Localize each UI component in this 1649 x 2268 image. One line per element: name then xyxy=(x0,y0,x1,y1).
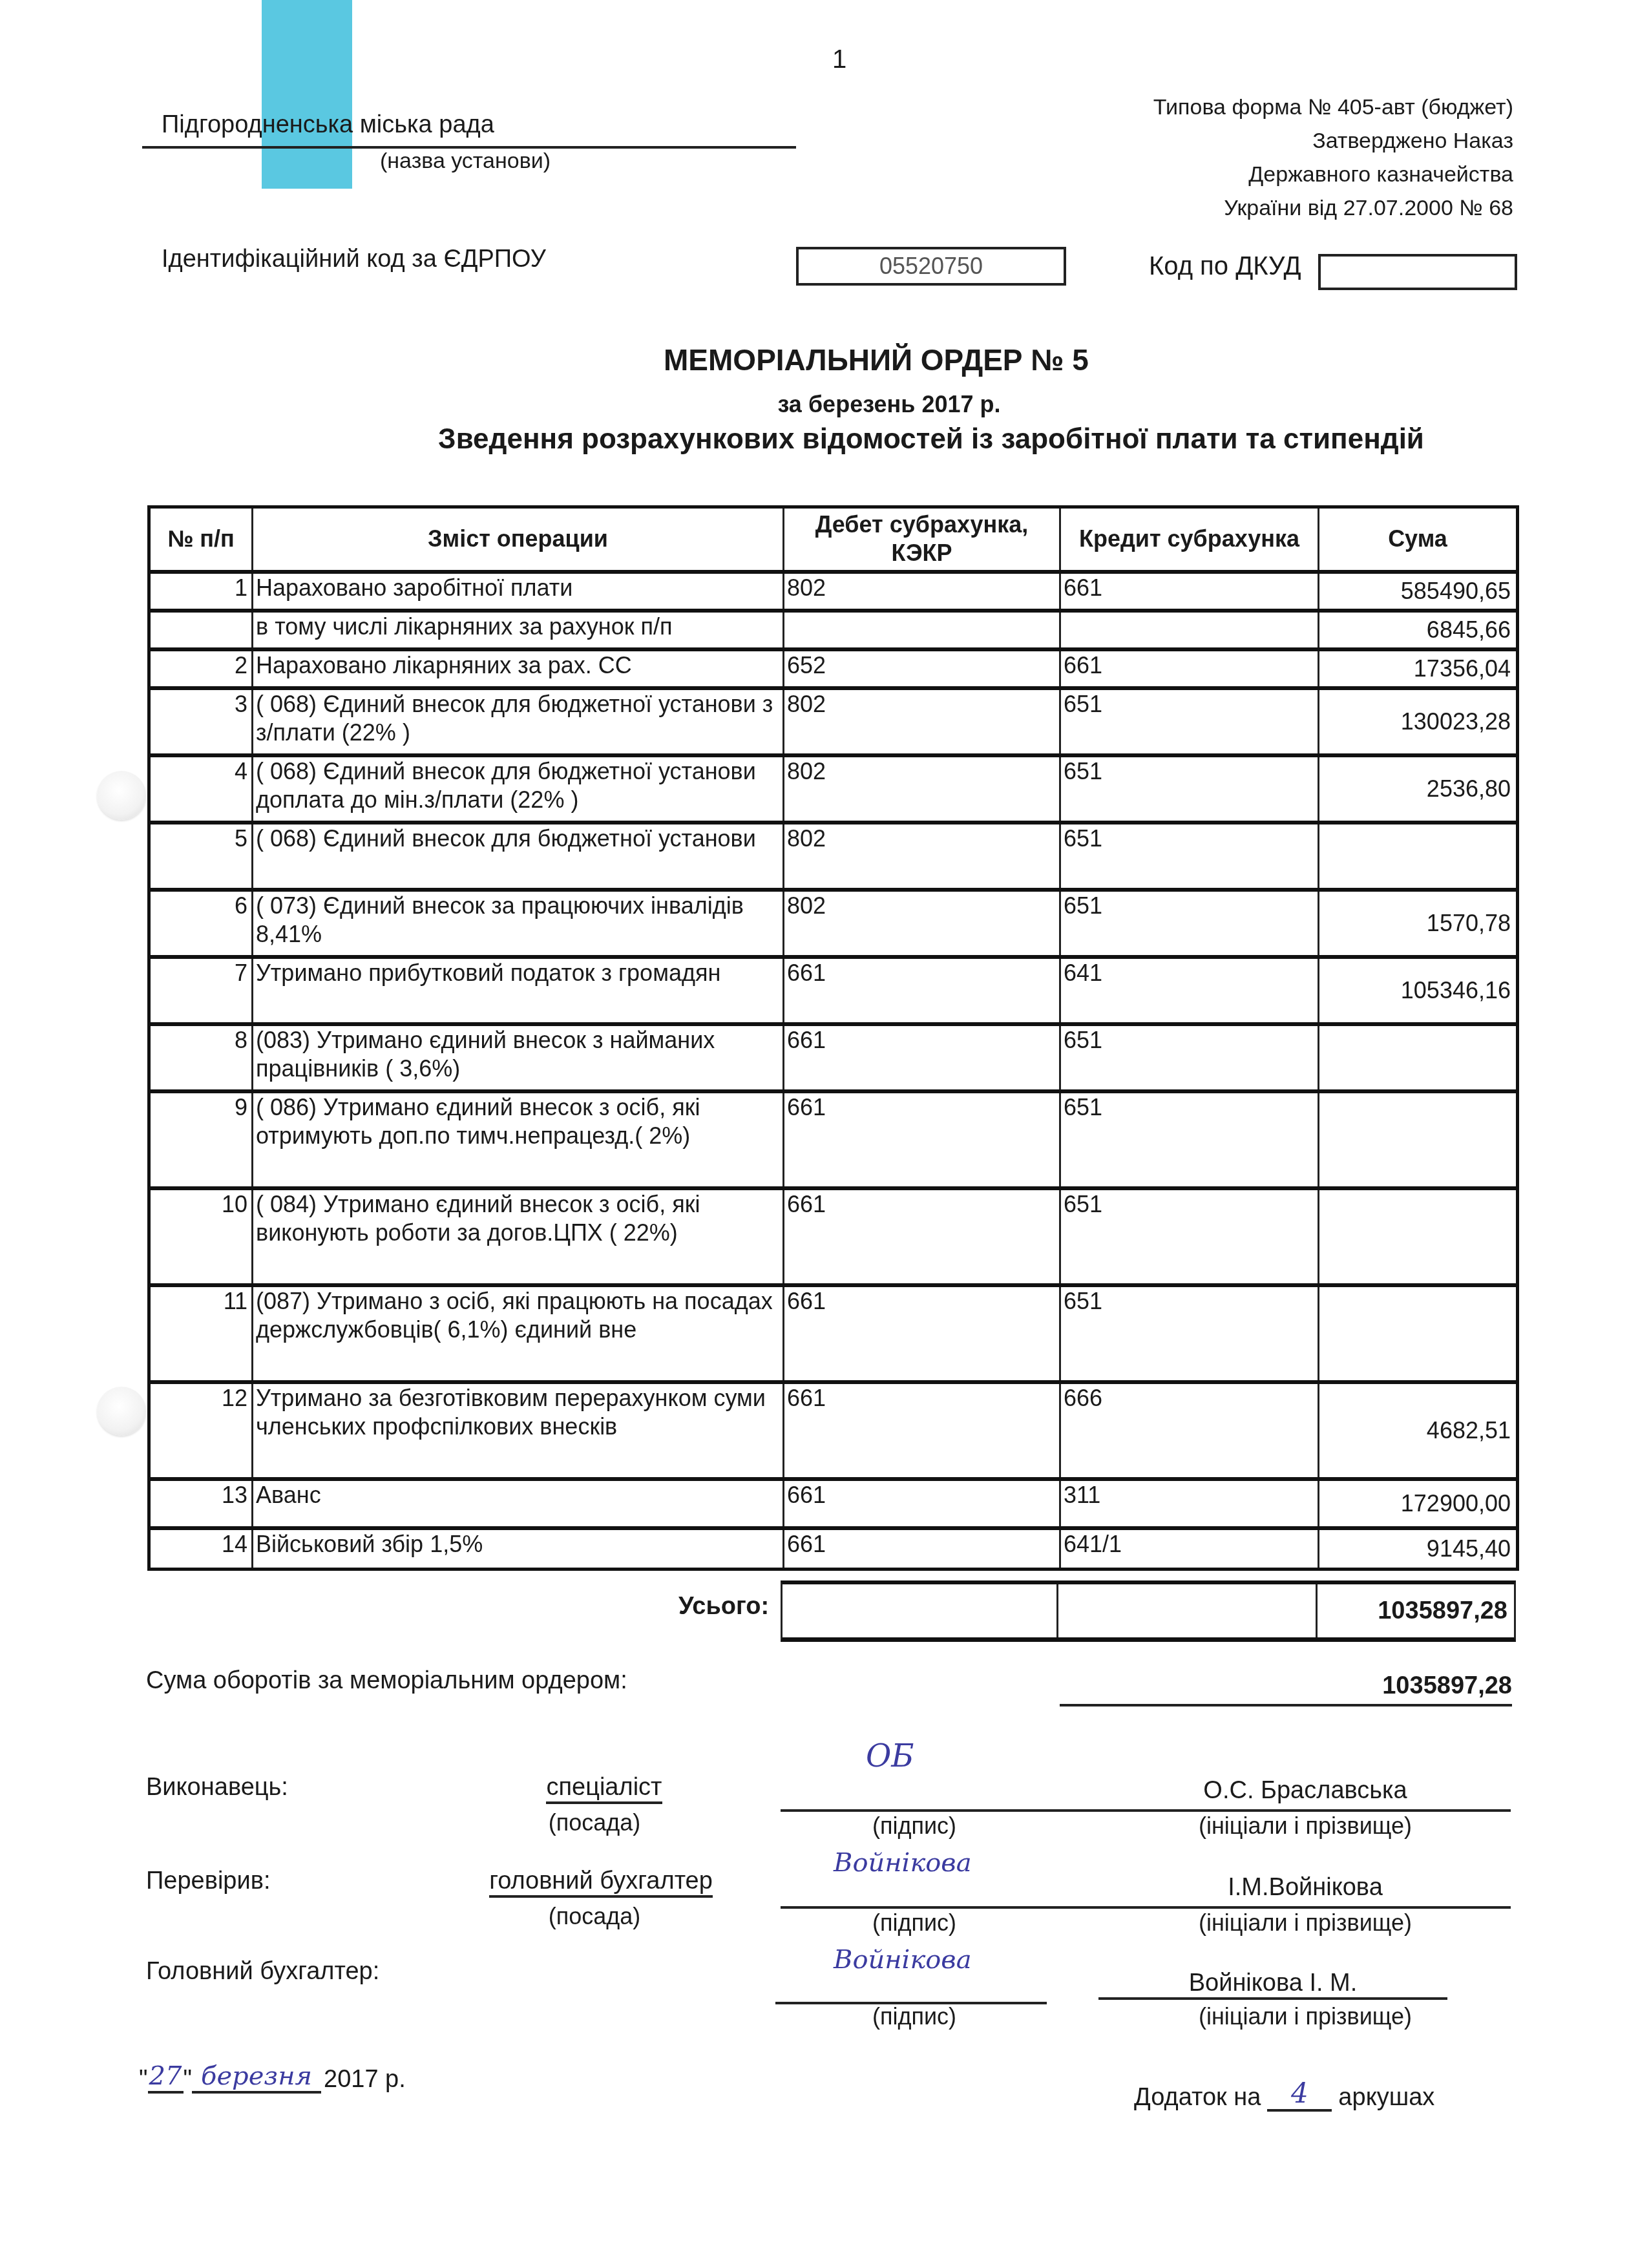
row-content: Аванс xyxy=(253,1479,784,1528)
turnover-value: 1035897,28 xyxy=(1060,1672,1512,1706)
row-debit: 661 xyxy=(784,1382,1060,1479)
row-sum: 1570,78 xyxy=(1319,890,1518,957)
checker-position-caption: (посада) xyxy=(530,1903,659,1930)
executor-signature-line xyxy=(781,1809,1511,1812)
punch-hole xyxy=(97,771,146,820)
row-number: 1 xyxy=(149,572,253,611)
row-number: 8 xyxy=(149,1024,253,1091)
document-period: за березень 2017 р. xyxy=(0,391,1649,418)
row-credit: 651 xyxy=(1060,1024,1319,1091)
row-credit: 641/1 xyxy=(1060,1528,1319,1570)
date-month: березня xyxy=(192,2061,321,2094)
table-row: 7Утримано прибутковий податок з громадян… xyxy=(149,957,1518,1024)
row-credit: 641 xyxy=(1060,957,1319,1024)
executor-label: Виконавець: xyxy=(146,1774,288,1801)
row-debit: 802 xyxy=(784,890,1060,957)
checker-signature-caption: (підпис) xyxy=(859,1909,969,1937)
row-credit: 651 xyxy=(1060,890,1319,957)
row-debit xyxy=(784,611,1060,649)
table-row: 5( 068) Єдиний внесок для бюджетної уста… xyxy=(149,823,1518,890)
row-number: 11 xyxy=(149,1285,253,1382)
row-number: 10 xyxy=(149,1188,253,1285)
row-debit: 661 xyxy=(784,1528,1060,1570)
attachment-prefix: Додаток на xyxy=(1134,2084,1261,2112)
row-sum: 130023,28 xyxy=(1319,688,1518,755)
row-debit: 661 xyxy=(784,1479,1060,1528)
row-debit: 802 xyxy=(784,572,1060,611)
row-sum xyxy=(1319,1188,1518,1285)
row-content: Військовий збір 1,5% xyxy=(253,1528,784,1570)
organization-name: Підгородненська міська рада xyxy=(162,111,494,139)
turnover-label: Сума оборотів за меморіальним ордером: xyxy=(146,1667,627,1695)
attachment-count: 4 xyxy=(1267,2077,1332,2112)
row-credit xyxy=(1060,611,1319,649)
document-subtitle: Зведення розрахункових відомостей із зар… xyxy=(0,423,1649,456)
organization-caption: (назва установи) xyxy=(380,149,551,174)
row-credit: 661 xyxy=(1060,572,1319,611)
row-sum xyxy=(1319,1285,1518,1382)
table-row: 10( 084) Утримано єдиний внесок з осіб, … xyxy=(149,1188,1518,1285)
chief-signature-caption: (підпис) xyxy=(859,2003,969,2030)
checker-name: І.М.Войнікова xyxy=(1124,1874,1486,1902)
row-content: в тому числі лікарняних за рахунок п/п xyxy=(253,611,784,649)
blue-tape-strip xyxy=(262,0,352,189)
document-title: МЕМОРІАЛЬНИЙ ОРДЕР № 5 xyxy=(0,342,1649,377)
row-sum: 4682,51 xyxy=(1319,1382,1518,1479)
row-credit: 666 xyxy=(1060,1382,1319,1479)
header-credit: Кредит субрахунка xyxy=(1060,507,1319,572)
row-content: (087) Утримано з осіб, які працюють на п… xyxy=(253,1285,784,1382)
edrpou-label: Ідентифікаційний код за ЄДРПОУ xyxy=(162,246,546,273)
form-info-line: Затверджено Наказ xyxy=(1153,124,1513,158)
row-content: ( 084) Утримано єдиний внесок з осіб, як… xyxy=(253,1188,784,1285)
header-sum: Сума xyxy=(1319,507,1518,572)
row-sum: 585490,65 xyxy=(1319,572,1518,611)
row-credit: 651 xyxy=(1060,755,1319,823)
chief-accountant-label: Головний бухгалтер: xyxy=(146,1958,379,1986)
row-content: ( 068) Єдиний внесок для бюджетної устан… xyxy=(253,823,784,890)
row-sum: 105346,16 xyxy=(1319,957,1518,1024)
row-content: ( 068) Єдиний внесок для бюджетної устан… xyxy=(253,688,784,755)
executor-position: спеціаліст xyxy=(530,1774,678,1804)
chief-accountant-name: Войнікова І. М. xyxy=(1098,1969,1447,2000)
row-number: 6 xyxy=(149,890,253,957)
row-content: Нараховано лікарняних за рах. СС xyxy=(253,649,784,688)
total-row: 1035897,28 xyxy=(781,1580,1516,1642)
row-number: 3 xyxy=(149,688,253,755)
row-content: Утримано прибутковий податок з громадян xyxy=(253,957,784,1024)
total-debit-cell xyxy=(782,1584,1058,1637)
table-row: 8(083) Утримано єдиний внесок з найманих… xyxy=(149,1024,1518,1091)
total-value: 1035897,28 xyxy=(1318,1584,1514,1637)
attachment-note: Додаток на 4 аркушах xyxy=(1134,2077,1434,2112)
row-content: Нараховано заробітної плати xyxy=(253,572,784,611)
row-number: 13 xyxy=(149,1479,253,1528)
row-sum xyxy=(1319,1024,1518,1091)
row-number xyxy=(149,611,253,649)
header-content: Зміст операции xyxy=(253,507,784,572)
table-row: 6( 073) Єдиний внесок за працюючих інвал… xyxy=(149,890,1518,957)
table-row: 13Аванс661311172900,00 xyxy=(149,1479,1518,1528)
executor-signature-caption: (підпис) xyxy=(859,1812,969,1840)
date-day: 27 xyxy=(148,2061,184,2094)
row-credit: 651 xyxy=(1060,823,1319,890)
operations-table: № п/п Зміст операции Дебет субрахунка, К… xyxy=(147,505,1519,1571)
page-number: 1 xyxy=(832,45,846,74)
row-content: ( 068) Єдиний внесок для бюджетної устан… xyxy=(253,755,784,823)
row-sum: 2536,80 xyxy=(1319,755,1518,823)
row-content: (083) Утримано єдиний внесок з найманих … xyxy=(253,1024,784,1091)
row-credit: 651 xyxy=(1060,1285,1319,1382)
form-info-line: Державного казначейства xyxy=(1153,158,1513,191)
punch-hole xyxy=(97,1387,146,1436)
header-num: № п/п xyxy=(149,507,253,572)
table-row: 2Нараховано лікарняних за рах. СС6526611… xyxy=(149,649,1518,688)
checker-signature-line xyxy=(781,1906,1511,1909)
table-row: 9( 086) Утримано єдиний внесок з осіб, я… xyxy=(149,1091,1518,1188)
chief-accountant-signature: Войнікова xyxy=(834,1945,971,1975)
row-debit: 661 xyxy=(784,1188,1060,1285)
dkud-label: Код по ДКУД xyxy=(1149,252,1301,281)
table-row: 12Утримано за безготівковим перерахунком… xyxy=(149,1382,1518,1479)
date-close-quote: " xyxy=(184,2066,193,2094)
table-row: 3( 068) Єдиний внесок для бюджетної уста… xyxy=(149,688,1518,755)
executor-signature: ОБ xyxy=(866,1738,914,1774)
checker-position: головний бухгалтер xyxy=(472,1867,730,1898)
row-content: Утримано за безготівковим перерахунком с… xyxy=(253,1382,784,1479)
row-sum: 6845,66 xyxy=(1319,611,1518,649)
row-sum xyxy=(1319,1091,1518,1188)
row-credit: 651 xyxy=(1060,1188,1319,1285)
form-info: Типова форма № 405-авт (бюджет) Затвердж… xyxy=(1153,90,1513,225)
row-debit: 802 xyxy=(784,688,1060,755)
total-credit-cell xyxy=(1058,1584,1318,1637)
row-content: ( 086) Утримано єдиний внесок з осіб, як… xyxy=(253,1091,784,1188)
row-sum: 9145,40 xyxy=(1319,1528,1518,1570)
executor-name: О.С. Браславська xyxy=(1124,1777,1486,1805)
total-label: Усього: xyxy=(678,1593,769,1621)
row-debit: 661 xyxy=(784,1024,1060,1091)
checker-label: Перевірив: xyxy=(146,1867,270,1895)
row-number: 12 xyxy=(149,1382,253,1479)
executor-position-caption: (посада) xyxy=(530,1809,659,1836)
row-sum: 17356,04 xyxy=(1319,649,1518,688)
row-credit: 651 xyxy=(1060,688,1319,755)
table-row: в тому числі лікарняних за рахунок п/п68… xyxy=(149,611,1518,649)
row-debit: 661 xyxy=(784,1091,1060,1188)
header-debit: Дебет субрахунка, КЭКР xyxy=(784,507,1060,572)
form-info-line: України від 27.07.2000 № 68 xyxy=(1153,191,1513,225)
document-date: " 27 " березня 2017 р. xyxy=(139,2061,406,2094)
row-debit: 802 xyxy=(784,755,1060,823)
checker-name-caption: (ініціали і прізвище) xyxy=(1124,1909,1486,1937)
dkud-field xyxy=(1318,254,1517,290)
checker-signature: Войнікова xyxy=(834,1848,971,1878)
row-number: 5 xyxy=(149,823,253,890)
table-row: 4( 068) Єдиний внесок для бюджетної уста… xyxy=(149,755,1518,823)
edrpou-field: 05520750 xyxy=(796,247,1066,286)
row-credit: 661 xyxy=(1060,649,1319,688)
row-number: 14 xyxy=(149,1528,253,1570)
date-open-quote: " xyxy=(139,2066,148,2094)
date-year: 2017 р. xyxy=(324,2066,406,2094)
row-number: 9 xyxy=(149,1091,253,1188)
row-debit: 802 xyxy=(784,823,1060,890)
row-credit: 651 xyxy=(1060,1091,1319,1188)
row-number: 7 xyxy=(149,957,253,1024)
chief-name-caption: (ініціали і прізвище) xyxy=(1124,2003,1486,2030)
row-number: 2 xyxy=(149,649,253,688)
row-debit: 652 xyxy=(784,649,1060,688)
row-debit: 661 xyxy=(784,1285,1060,1382)
row-content: ( 073) Єдиний внесок за працюючих інвалі… xyxy=(253,890,784,957)
table-row: 11(087) Утримано з осіб, які працюють на… xyxy=(149,1285,1518,1382)
row-sum: 172900,00 xyxy=(1319,1479,1518,1528)
row-number: 4 xyxy=(149,755,253,823)
row-credit: 311 xyxy=(1060,1479,1319,1528)
row-sum xyxy=(1319,823,1518,890)
table-header-row: № п/п Зміст операции Дебет субрахунка, К… xyxy=(149,507,1518,572)
row-debit: 661 xyxy=(784,957,1060,1024)
attachment-suffix: аркушах xyxy=(1338,2084,1434,2112)
table-row: 1Нараховано заробітної плати802661585490… xyxy=(149,572,1518,611)
table-row: 14Військовий збір 1,5%661641/19145,40 xyxy=(149,1528,1518,1570)
form-info-line: Типова форма № 405-авт (бюджет) xyxy=(1153,90,1513,124)
executor-name-caption: (ініціали і прізвище) xyxy=(1124,1812,1486,1840)
